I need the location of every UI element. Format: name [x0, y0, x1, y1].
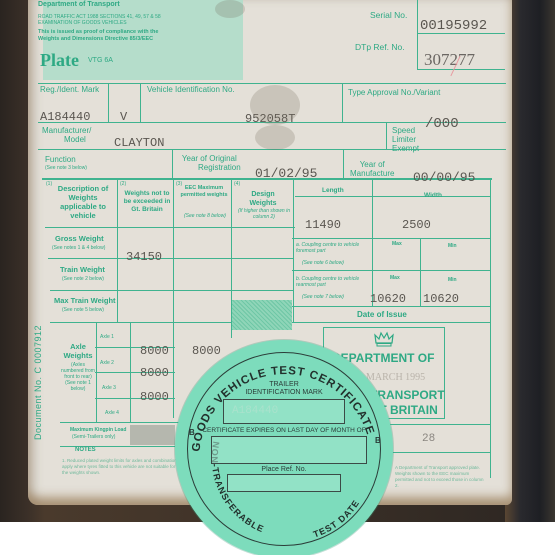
- trailer-label-1: TRAILER: [175, 381, 393, 388]
- axle-weights-note: (Axles numbered from front to rear) (See…: [60, 362, 96, 392]
- axle-2-label: Axle 2: [100, 360, 114, 366]
- stain: [255, 125, 295, 150]
- manufacture-line-1: Year of: [350, 160, 394, 169]
- max-train-weight-note: (See note 5 below): [62, 307, 104, 313]
- axle-weights-label: Axle Weights: [60, 342, 96, 360]
- trailer-label-2: IDENTIFICATION MARK: [175, 389, 393, 396]
- col4-note: (If higher than shown in column 2): [238, 208, 290, 220]
- grid-line: [48, 258, 294, 259]
- axle-2-gb-value: 8000: [140, 366, 169, 380]
- reg-suffix: V: [120, 110, 127, 124]
- grid-line: [130, 322, 131, 422]
- gross-weight-note: (See notes 1 & 4 below): [52, 245, 105, 251]
- axle-1-gb-value: 8000: [140, 344, 169, 358]
- grid-line: [172, 149, 173, 179]
- vin-label: Vehicle Identification No.: [147, 85, 235, 94]
- act-line-2: EXAMINATION OF GOODS VEHICLES: [38, 20, 161, 26]
- grid-line: [293, 178, 294, 322]
- grid-line: [372, 178, 373, 306]
- manufacture-line-2: Manufacture: [350, 169, 394, 178]
- proof-line-2: Weights and Dimensions Directive 85/3/EE…: [38, 36, 158, 43]
- form-code: VTG 6A: [88, 57, 113, 64]
- coupling-rear-min-value: 10620: [423, 292, 459, 306]
- type-approval-value: /000: [425, 116, 459, 132]
- grid-line: [292, 238, 490, 239]
- speed-limiter-line-1: Speed: [392, 126, 419, 135]
- notes-label: NOTES: [75, 447, 96, 453]
- grid-line: [386, 122, 387, 150]
- gross-weight-gb-value: 34150: [126, 250, 162, 264]
- place-ref-box: [227, 474, 341, 492]
- width-value: 2500: [402, 218, 431, 232]
- kingpin-value-cell: [130, 425, 175, 445]
- expires-label: CERTIFICATE EXPIRES ON LAST DAY OF MONTH…: [175, 427, 393, 434]
- col2-number: (2): [120, 181, 126, 187]
- expiry-box: [211, 436, 367, 464]
- axle-3-gb-value: 8000: [140, 390, 169, 404]
- test-certificate-disc: GOODS VEHICLE TEST CERTIFICATE NON-TRANS…: [175, 340, 393, 555]
- stain: [250, 85, 300, 125]
- coupling-rear-min-label: Min: [448, 277, 457, 283]
- manufacture-year-value: 00/00/95: [413, 170, 475, 185]
- notes-text: 1. Reduced plated weight limits for axle…: [62, 458, 182, 476]
- grid-line: [292, 270, 490, 271]
- max-kingpin-note: (Semi-Trailers only): [72, 434, 115, 440]
- first-reg-line-2: Registration: [178, 163, 241, 172]
- manufacturer-value: CLAYTON: [114, 136, 164, 150]
- max-kingpin-label: Maximum Kingpin Load: [70, 427, 126, 433]
- col2-header: Weights not to be exceeded in Gt. Britai…: [122, 190, 172, 214]
- col4-header: Design Weights: [238, 190, 288, 208]
- manufacture-year-label: Year of Manufacture: [350, 160, 394, 178]
- col4-number: (4): [234, 181, 240, 187]
- notes-right-text: A Department of Transport approved plate…: [395, 465, 485, 489]
- coupling-rear-max-label: Max: [390, 275, 400, 281]
- reg-value: A184440: [40, 110, 90, 124]
- compliance-statement: This is issued as proof of compliance wi…: [38, 29, 158, 43]
- function-label: Function: [45, 155, 76, 164]
- grid-line: [420, 238, 421, 306]
- type-approval-label: Type Approval No./Variant: [348, 88, 440, 97]
- axle-3-label: Axle 3: [102, 385, 116, 391]
- reg-label: Reg./Ident. Mark: [40, 85, 99, 94]
- frame-right-edge: [505, 0, 555, 522]
- dtp-ref-value: 307277: [424, 50, 475, 70]
- serial-value: 00195992: [420, 18, 487, 34]
- disc-letter-left: B: [189, 428, 195, 437]
- grid-line: [108, 83, 109, 123]
- max-train-weight-label: Max Train Weight: [54, 296, 116, 305]
- place-ref-label: Place Ref. No.: [175, 466, 393, 473]
- issue-day-value: 28: [422, 433, 435, 445]
- dtp-ref-label: DTp Ref. No.: [355, 42, 405, 52]
- coupling-front-max-label: Max: [392, 241, 402, 247]
- stain: [215, 0, 245, 18]
- train-weight-note: (See note 2 below): [62, 276, 104, 282]
- manufacturer-label: Manufacturer/ Model: [42, 126, 91, 144]
- first-registration-value: 01/02/95: [255, 166, 317, 181]
- grid-line: [343, 149, 344, 179]
- speed-limiter-label: Speed Limiter Exempt: [392, 126, 419, 153]
- proof-line-1: This is issued as proof of compliance wi…: [38, 29, 158, 36]
- grid-line: [292, 306, 490, 307]
- grid-line: [173, 178, 174, 418]
- col3-header: EEC Maximum permitted weights: [180, 185, 228, 199]
- grid-line: [342, 83, 343, 123]
- plate-title: Plate: [40, 50, 79, 71]
- grid-line: [96, 322, 97, 422]
- grid-line: [60, 422, 180, 423]
- act-reference: ROAD TRAFFIC ACT 1988 SECTIONS 41, 49, 5…: [38, 14, 161, 26]
- grid-line: [45, 227, 295, 228]
- svg-text:TEST DATE: TEST DATE: [312, 498, 362, 540]
- col1-header: Description of Weights applicable to veh…: [54, 184, 112, 220]
- function-note: (See note 3 below): [45, 165, 87, 171]
- manufacturer-label-line-2: Model: [42, 135, 91, 144]
- gross-weight-label: Gross Weight: [55, 234, 104, 243]
- grid-line: [490, 178, 491, 478]
- grid-line: [117, 178, 118, 322]
- grid-line: [295, 196, 490, 197]
- train-weight-label: Train Weight: [60, 265, 105, 274]
- first-registration-label: Year of Original Registration: [178, 154, 241, 172]
- axle-4-label: Axle 4: [105, 410, 119, 416]
- trailer-id-box: A184440: [223, 399, 345, 424]
- speed-limiter-line-2: Limiter: [392, 135, 419, 144]
- width-label: Width: [424, 191, 442, 200]
- department-heading: Department of Transport: [38, 1, 120, 8]
- grid-line: [140, 83, 141, 123]
- speed-limiter-line-3: Exempt: [392, 144, 419, 153]
- document-number: Document No. C 0007912: [33, 325, 43, 440]
- coupling-front-note: (See note 6 below): [302, 260, 344, 266]
- date-of-issue-label: Date of Issue: [357, 310, 407, 319]
- manufacturer-label-line-1: Manufacturer/: [42, 126, 91, 135]
- serial-label: Serial No.: [370, 10, 407, 20]
- hatched-cell: [232, 300, 292, 330]
- trailer-id-value: A184440: [232, 405, 278, 417]
- grid-line: [390, 452, 490, 453]
- coupling-front-label: a. Coupling centre to vehicle foremost p…: [296, 242, 370, 254]
- first-reg-line-1: Year of Original: [178, 154, 241, 163]
- coupling-rear-max-value: 10620: [370, 292, 406, 306]
- axle-1-label: Axle 1: [100, 334, 114, 340]
- coupling-front-min-label: Min: [448, 243, 457, 249]
- grid-line: [50, 290, 294, 291]
- coupling-rear-label: b. Coupling centre to vehicle rearmost p…: [296, 276, 370, 288]
- col1-number: (1): [46, 181, 52, 187]
- disc-letter-right: B: [375, 436, 381, 445]
- coupling-rear-note: (See note 7 below): [302, 294, 344, 300]
- col3-note: (See note 8 below): [182, 213, 228, 219]
- length-value: 11490: [305, 218, 341, 232]
- length-label: Length: [322, 186, 344, 195]
- grid-line: [390, 424, 490, 425]
